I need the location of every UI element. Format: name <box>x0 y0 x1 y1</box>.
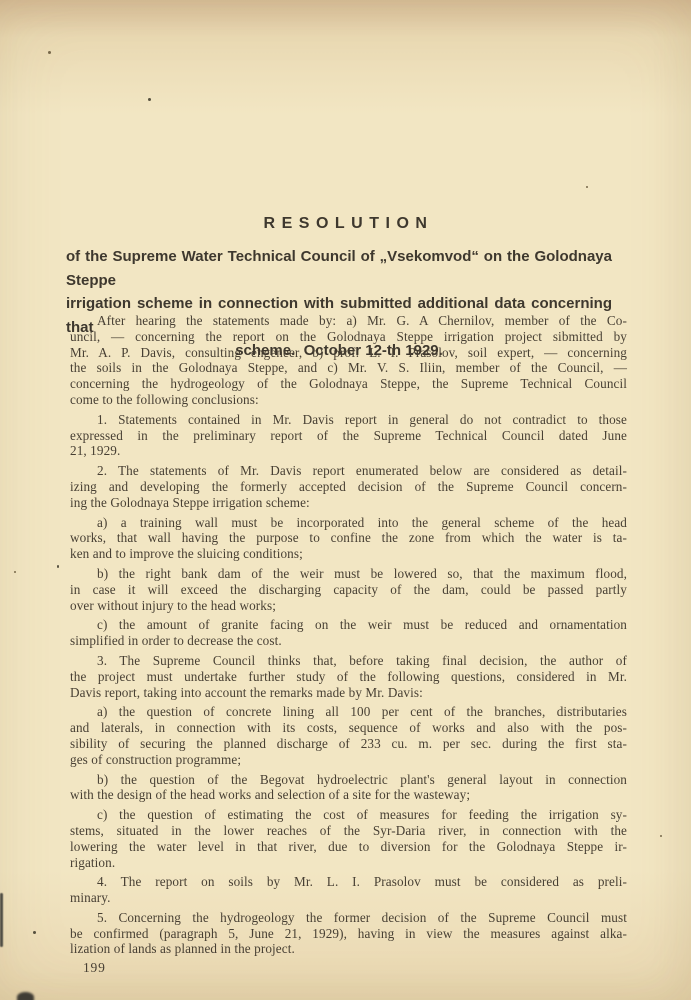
paper-speck <box>148 98 151 101</box>
text-line: After hearing the statements made by: a)… <box>70 313 627 329</box>
text-line: the soils in the Golodnaya Steppe, and c… <box>70 360 627 376</box>
paper-speck <box>57 565 59 568</box>
text-line: minary. <box>70 890 627 906</box>
text-line: uncil, — concerning the report on the Go… <box>70 329 627 345</box>
paper-speck <box>33 931 36 934</box>
text-line: simplified in order to decrease the cost… <box>70 633 627 649</box>
text-line: izing and developing the formerly accept… <box>70 479 627 495</box>
page-title: RESOLUTION <box>70 215 627 233</box>
text-line: 1. Statements contained in Mr. Davis rep… <box>70 412 627 428</box>
paper-speck <box>14 571 16 573</box>
text-line: concerning the hydrogeology of the Golod… <box>70 376 627 392</box>
page-number: 199 <box>83 960 106 976</box>
paragraph: 5. Concerning the hydrogeology the forme… <box>70 910 627 957</box>
paragraph: 1. Statements contained in Mr. Davis rep… <box>70 412 627 459</box>
text-line: lization of lands as planned in the proj… <box>70 941 627 957</box>
text-line: and laterals, in connection with its cos… <box>70 720 627 736</box>
text-line: 4. The report on soils by Mr. L. I. Pras… <box>70 874 627 890</box>
text-line: in case it will exceed the discharging c… <box>70 582 627 598</box>
text-line: sibility of securing the planned dischar… <box>70 736 627 752</box>
text-line: 3. The Supreme Council thinks that, befo… <box>70 653 627 669</box>
paper-speck <box>48 51 51 54</box>
text-line: rigation. <box>70 855 627 871</box>
text-line: b) the right bank dam of the weir must b… <box>70 566 627 582</box>
text-line: ken and to improve the sluicing conditio… <box>70 546 627 562</box>
paragraph: a) a training wall must be incorporated … <box>70 515 627 562</box>
paragraph: c) the question of estimating the cost o… <box>70 807 627 870</box>
subtitle-line: of the Supreme Water Technical Council o… <box>66 245 612 292</box>
text-line: stems, situated in the lower reaches of … <box>70 823 627 839</box>
paragraph: 2. The statements of Mr. Davis report en… <box>70 463 627 510</box>
paragraph: c) the amount of granite facing on the w… <box>70 617 627 649</box>
text-line: expressed in the preliminary report of t… <box>70 428 627 444</box>
text-line: 2. The statements of Mr. Davis report en… <box>70 463 627 479</box>
paragraph: 3. The Supreme Council thinks that, befo… <box>70 653 627 700</box>
text-line: ges of construction programme; <box>70 752 627 768</box>
paper-speck <box>586 186 588 188</box>
text-line: c) the amount of granite facing on the w… <box>70 617 627 633</box>
text-line: ing the Golodnaya Steppe irrigation sche… <box>70 495 627 511</box>
paragraph: a) the question of concrete lining all 1… <box>70 704 627 767</box>
text-line: be confirmed (paragraph 5, June 21, 1929… <box>70 926 627 942</box>
text-line: come to the following conclusions: <box>70 392 627 408</box>
paragraph: 4. The report on soils by Mr. L. I. Pras… <box>70 874 627 906</box>
text-line: with the design of the head works and se… <box>70 787 627 803</box>
scanned-page: RESOLUTION of the Supreme Water Technica… <box>0 0 691 1000</box>
text-line: a) a training wall must be incorporated … <box>70 515 627 531</box>
paragraph: b) the question of the Begovat hydroelec… <box>70 772 627 804</box>
document-body: After hearing the statements made by: a)… <box>70 313 627 957</box>
scan-edge-artifact <box>17 992 34 1000</box>
text-line: a) the question of concrete lining all 1… <box>70 704 627 720</box>
text-line: over without injury to the head works; <box>70 598 627 614</box>
text-line: lowering the water level in that river, … <box>70 839 627 855</box>
paper-speck <box>660 835 662 837</box>
scan-edge-artifact <box>0 893 3 947</box>
paragraph: After hearing the statements made by: a)… <box>70 313 627 408</box>
text-line: works, that wall having the purpose to c… <box>70 530 627 546</box>
text-line: Davis report, taking into account the re… <box>70 685 627 701</box>
text-line: 21, 1929. <box>70 443 627 459</box>
paragraph: b) the right bank dam of the weir must b… <box>70 566 627 613</box>
text-line: b) the question of the Begovat hydroelec… <box>70 772 627 788</box>
text-line: 5. Concerning the hydrogeology the forme… <box>70 910 627 926</box>
text-line: Mr. A. P. Davis, consulting engeneer, b)… <box>70 345 627 361</box>
text-line: c) the question of estimating the cost o… <box>70 807 627 823</box>
text-line: the project must undertake further study… <box>70 669 627 685</box>
